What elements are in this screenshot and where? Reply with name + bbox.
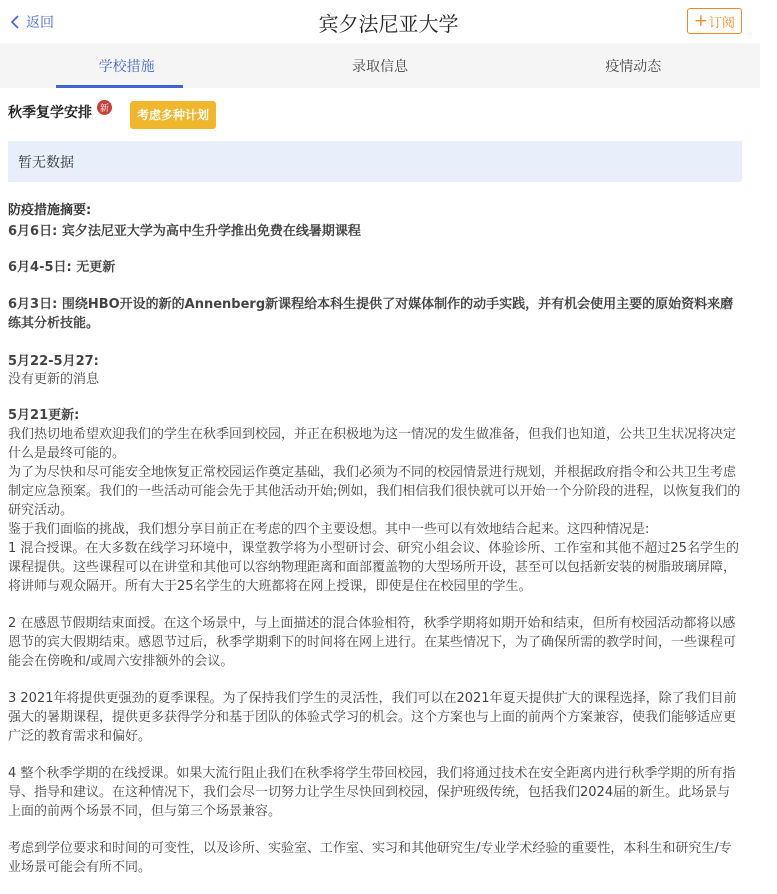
summary-entry: 6月6日: 宾夕法尼亚大学为高中生升学推出免费在线暑期课程 [8, 223, 742, 241]
back-label: 返回 [26, 12, 54, 32]
scenario-1: 1 混合授课。在大多数在线学习环境中，课堂教学将为小型研讨会、研究小组会议、体验… [8, 539, 742, 596]
entry-date: 5月21更新: [8, 407, 742, 425]
subscribe-button[interactable]: + 订阅 [687, 8, 742, 34]
summary-title: 防疫措施摘要: [8, 202, 742, 219]
update-may21: 5月21更新: 我们热切地希望欢迎我们的学生在秋季回到校园，并正在积极地为这一情… [8, 407, 742, 877]
plus-icon: + [694, 13, 708, 30]
paragraph: 鉴于我们面临的挑战，我们想分享目前正在考虑的四个主要设想。其中一些可以有效地结合… [8, 520, 742, 539]
entry-date: 6月6日: [8, 224, 57, 239]
scenario-4: 4 整个秋季学期的在线授课。如果大流行阻止我们在秋季将学生带回校园，我们将通过技… [8, 764, 742, 821]
tab-school-measures[interactable]: 学校措施 [0, 43, 253, 88]
entry-text: 宾夕法尼亚大学为高中生升学推出免费在线暑期课程 [57, 224, 361, 239]
main-content: 秋季复学安排 新 考虑多种计划 暂无数据 防疫措施摘要: 6月6日: 宾夕法尼亚… [0, 88, 777, 877]
tab-bar: 学校措施 录取信息 疫情动态 [0, 43, 760, 88]
top-nav-bar: 返回 宾夕法尼亚大学 + 订阅 [0, 0, 777, 43]
paragraph: 我们热切地希望欢迎我们的学生在秋季回到校园，并正在积极地为这一情况的发生做准备，… [8, 425, 742, 463]
back-button[interactable]: 返回 [10, 12, 54, 32]
closing-paragraph: 考虑到学位要求和时间的可变性，以及诊所、实验室、工作室、实习和其他研究生/专业学… [8, 839, 742, 877]
entry-date: 6月3日: [8, 297, 57, 312]
tab-label: 录取信息 [352, 56, 408, 76]
summary-entry: 6月3日: 围绕HBO开设的新的Annenberg新课程给本科生提供了对媒体制作… [8, 295, 742, 333]
summary-entry: 6月4-5日: 无更新 [8, 259, 742, 277]
entry-text: 围绕HBO开设的新的Annenberg新课程给本科生提供了对媒体制作的动手实践，… [8, 297, 733, 331]
empty-text: 暂无数据 [18, 152, 74, 172]
page-title: 宾夕法尼亚大学 [0, 8, 777, 37]
subscribe-label: 订阅 [709, 12, 735, 31]
section-title: 秋季复学安排 [8, 102, 92, 122]
empty-state: 暂无数据 [8, 141, 742, 182]
paragraph: 为了为尽快和尽可能安全地恢复正常校园运作奠定基础，我们必须为不同的校园情景进行规… [8, 463, 742, 520]
scenario-2: 2 在感恩节假期结束面授。在这个场景中，与上面描述的混合体验相符，秋季学期将如期… [8, 614, 742, 671]
tab-label: 学校措施 [99, 56, 155, 76]
scenario-3: 3 2021年将提供更强劲的夏季课程。为了保持我们学生的灵活性，我们可以在202… [8, 689, 742, 746]
fall-plan-row: 秋季复学安排 新 考虑多种计划 [8, 88, 742, 141]
tab-label: 疫情动态 [605, 56, 661, 76]
plan-status-tag: 考虑多种计划 [130, 101, 216, 129]
entry-text: 无更新 [72, 260, 116, 275]
tab-admission-info[interactable]: 录取信息 [253, 43, 506, 88]
update-may22: 5月22-5月27: 没有更新的消息 [8, 353, 742, 389]
entry-date: 6月4-5日: [8, 260, 72, 275]
entry-text: 没有更新的消息 [8, 371, 742, 389]
entry-date: 5月22-5月27: [8, 353, 742, 371]
chevron-left-icon [10, 15, 20, 29]
new-badge-icon: 新 [97, 100, 112, 115]
tab-epidemic-news[interactable]: 疫情动态 [507, 43, 760, 88]
